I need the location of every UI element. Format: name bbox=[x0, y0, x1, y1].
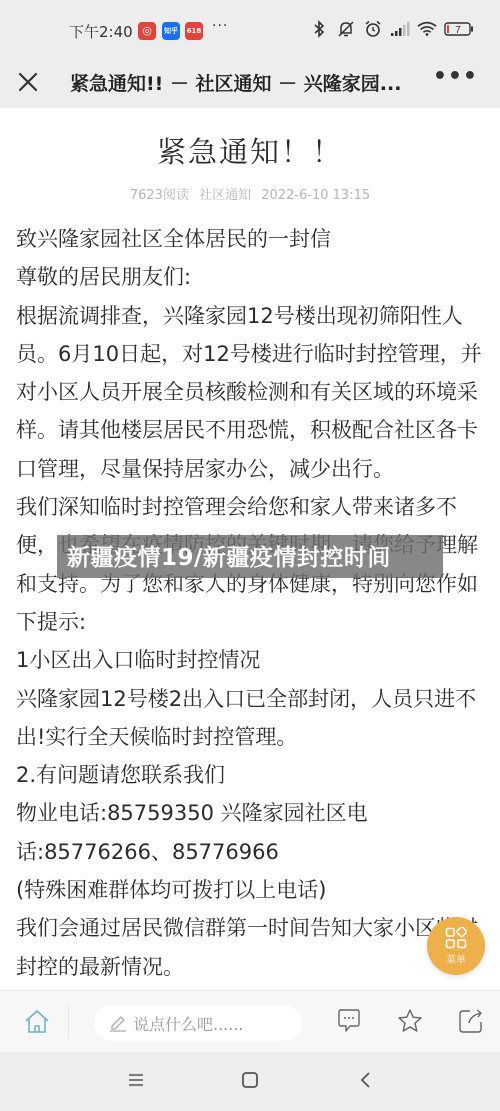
article-line: 对小区人员开展全员核酸检测和有关区域的环境采 bbox=[16, 373, 490, 411]
caption-overlay-text: 新疆疫情19/新疆疫情封控时间 bbox=[67, 539, 391, 572]
status-time: 下午2:40 bbox=[69, 21, 133, 42]
article-line: 员。6月10日起，对12号楼进行临时封控管理，并 bbox=[16, 335, 490, 373]
close-button[interactable] bbox=[14, 68, 42, 96]
article-line: 2.有问题请您联系我们 bbox=[16, 756, 490, 794]
bluetooth-icon bbox=[309, 20, 329, 38]
article-line: 样。请其他楼层居民不用恐慌，积极配合社区各卡 bbox=[16, 411, 490, 449]
netease-music-notification-icon: ◎ bbox=[138, 22, 156, 40]
zhihu-notification-icon: 知乎 bbox=[162, 22, 180, 40]
home-nav-button[interactable] bbox=[238, 1068, 262, 1092]
article-line: 我们深知临时封控管理会给您和家人带来诸多不 bbox=[16, 488, 490, 526]
article-meta: 7623阅读 社区通知 2022-6-10 13:15 bbox=[0, 184, 500, 203]
share-button[interactable] bbox=[457, 1007, 485, 1035]
article-line: 1小区出入口临时封控情况 bbox=[16, 641, 490, 679]
square-home-icon bbox=[238, 1068, 262, 1092]
status-icons: 7 bbox=[309, 20, 474, 38]
menu-fab-label: 菜单 bbox=[446, 951, 466, 966]
comment-placeholder: 说点什么吧...... bbox=[133, 1012, 244, 1035]
close-icon bbox=[14, 68, 42, 96]
alarm-icon bbox=[363, 20, 383, 38]
recent-apps-button[interactable] bbox=[124, 1068, 148, 1092]
read-count: 7623阅读 bbox=[130, 188, 189, 203]
more-options-button[interactable]: ••• bbox=[433, 64, 478, 89]
home-button[interactable] bbox=[22, 1007, 52, 1037]
article-line: 封控的最新情况。 bbox=[16, 948, 490, 986]
home-icon bbox=[22, 1007, 52, 1037]
article-line: 口管理，尽量保持居家办公，减少出行。 bbox=[16, 450, 490, 488]
system-navigation-bar bbox=[0, 1052, 500, 1111]
menu-fab-button[interactable]: 菜单 bbox=[427, 917, 485, 975]
divider bbox=[68, 1005, 69, 1039]
battery-level: 7 bbox=[455, 25, 461, 36]
shopping-618-notification-icon: 618 bbox=[185, 22, 203, 40]
article-line: (特殊困难群体均可拨打以上电话) bbox=[16, 871, 490, 909]
article-line: 下提示: bbox=[16, 603, 490, 641]
title-bar: 紧急通知!! － 社区通知 － 兴隆家园... ••• bbox=[0, 58, 500, 108]
article-line: 我们会通过居民微信群第一时间告知大家小区临时 bbox=[16, 909, 490, 947]
back-button[interactable] bbox=[354, 1068, 378, 1092]
article-line: 致兴隆家园社区全体居民的一封信 bbox=[16, 220, 490, 258]
grid-menu-icon bbox=[445, 927, 467, 949]
share-icon bbox=[457, 1007, 485, 1035]
status-bar: 下午2:40 ◎ 知乎 618 ··· 7 bbox=[0, 0, 500, 58]
more-notifications-icon: ··· bbox=[212, 18, 228, 34]
article-line: 物业电话:85759350 兴隆家园社区电 bbox=[16, 794, 490, 832]
article-title: 紧急通知！！ bbox=[0, 130, 500, 171]
pencil-icon bbox=[109, 1014, 127, 1032]
battery-icon: 7 bbox=[444, 20, 474, 38]
chevron-left-icon bbox=[354, 1068, 378, 1092]
article-line: 根据流调排查，兴隆家园12号楼出现初筛阳性人 bbox=[16, 297, 490, 335]
page-title: 紧急通知!! － 社区通知 － 兴隆家园... bbox=[70, 69, 401, 96]
signal-icon bbox=[390, 20, 410, 38]
mute-bell-icon bbox=[336, 20, 356, 38]
article-line: 话:85776266、85776966 bbox=[16, 833, 490, 871]
comment-input[interactable]: 说点什么吧...... bbox=[94, 1005, 302, 1041]
star-icon bbox=[396, 1007, 424, 1035]
article-category[interactable]: 社区通知 bbox=[199, 188, 251, 203]
favorite-button[interactable] bbox=[396, 1007, 424, 1035]
article-line: 尊敬的居民朋友们: bbox=[16, 258, 490, 296]
menu-lines-icon bbox=[124, 1068, 148, 1092]
article-line: 出!实行全天候临时封控管理。 bbox=[16, 718, 490, 756]
article-datetime: 2022-6-10 13:15 bbox=[261, 188, 370, 203]
bottom-action-bar: 说点什么吧...... bbox=[0, 990, 500, 1052]
wifi-icon bbox=[417, 20, 437, 38]
comment-bubble-icon bbox=[335, 1007, 363, 1035]
article-body: 致兴隆家园社区全体居民的一封信 尊敬的居民朋友们: 根据流调排查，兴隆家园12号… bbox=[16, 220, 490, 986]
article-line: 兴隆家园12号楼2出入口已全部封闭，人员只进不 bbox=[16, 680, 490, 718]
comments-button[interactable] bbox=[335, 1007, 363, 1035]
